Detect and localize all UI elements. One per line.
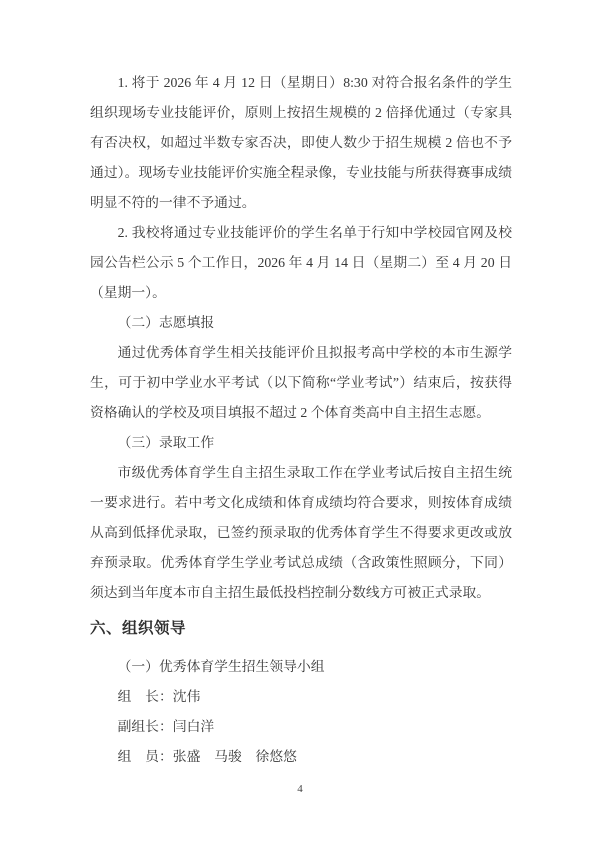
role-line-deputy-leader: 副组长：闫白洋 [90, 712, 512, 742]
section-heading-organization-leadership: 六、组织领导 [90, 614, 512, 644]
paragraph-name-publicity: 2. 我校将通过专业技能评价的学生名单于行知中学校园官网及校园公告栏公示 5 个… [90, 218, 512, 308]
paragraph-admission-rules: 市级优秀体育学生自主招生录取工作在学业考试后按自主招生统一要求进行。若中考文化成… [90, 458, 512, 608]
role-line-members: 组 员：张盛 马骏 徐悠悠 [90, 742, 512, 772]
page-number: 4 [0, 782, 600, 796]
paragraph-skill-evaluation: 1. 将于 2026 年 4 月 12 日（星期日）8:30 对符合报名条件的学… [90, 68, 512, 218]
paragraph-volunteer-rules: 通过优秀体育学生相关技能评价且拟报考高中学校的本市生源学生，可于初中学业水平考试… [90, 338, 512, 428]
subheading-volunteer-filling: （二）志愿填报 [90, 308, 512, 338]
subheading-leadership-group: （一）优秀体育学生招生领导小组 [90, 652, 512, 682]
document-content: 1. 将于 2026 年 4 月 12 日（星期日）8:30 对符合报名条件的学… [90, 68, 512, 772]
subheading-admission-work: （三）录取工作 [90, 428, 512, 458]
role-line-group-leader: 组 长：沈伟 [90, 682, 512, 712]
document-page: 1. 将于 2026 年 4 月 12 日（星期日）8:30 对符合报名条件的学… [0, 0, 600, 849]
